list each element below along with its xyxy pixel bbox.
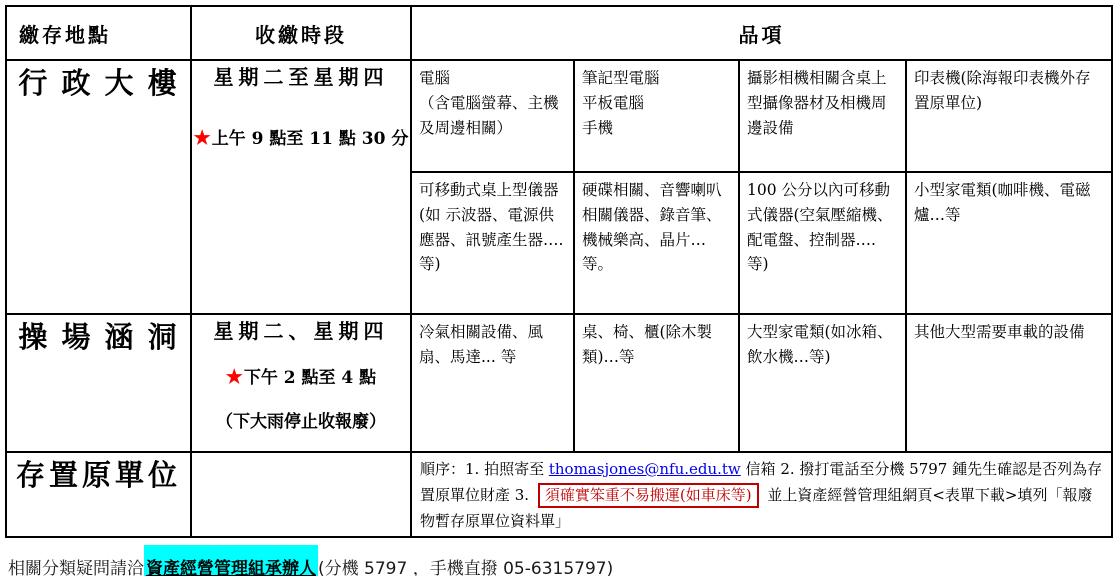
- item-cameras-equipment: 攝影相機相關含桌上型攝像器材及相機周邊設備: [739, 60, 906, 172]
- item-laptops-tablets-phones: 筆記型電腦 平板電腦 手機: [574, 60, 739, 172]
- time-playground-culvert: 星期二、星期四 ★下午 2 點至 4 點 （下大雨停止收報廢）: [191, 314, 411, 452]
- item-small-appliances: 小型家電類(咖啡機、電磁爐…等: [906, 172, 1112, 314]
- item-100cm-movable-instruments: 100 公分以內可移動式儀器(空氣壓縮機、配電盤、控制器…. 等): [739, 172, 906, 314]
- item-printers: 印表機(除海報印表機外存置原單位): [906, 60, 1112, 172]
- item-large-vehicle-equipment: 其他大型需要車載的設備: [906, 314, 1112, 452]
- admin-hours: 上午 9 點至 11 點 30 分: [212, 129, 409, 149]
- item-aircon-fans-motors: 冷氣相關設備、風扇、馬達... 等: [411, 314, 574, 452]
- admin-time-block: 星期二至星期四 ★上午 9 點至 11 點 30 分: [192, 61, 410, 149]
- culvert-time-block: 星期二、星期四 ★下午 2 點至 4 點 （下大雨停止收報廢）: [192, 315, 410, 432]
- original-unit-label: 存置原單位: [16, 458, 181, 492]
- waste-collection-schedule-document: 繳存地點 收繳時段 品項 行 政 大 樓 星期二至星期四 ★上午 9 點至 11…: [0, 0, 1116, 576]
- original-unit-time-empty-cell: [191, 452, 411, 537]
- admin-hours-line: ★上午 9 點至 11 點 30 分: [194, 124, 409, 149]
- location-original-unit: 存置原單位: [6, 452, 191, 537]
- header-items: 品項: [411, 6, 1112, 60]
- playground-culvert-row: 操 場 涵 洞 星期二、星期四 ★下午 2 點至 4 點 （下大雨停止收報廢） …: [6, 314, 1112, 452]
- asset-management-contact-highlight: 資產經營管理組承辦人: [144, 545, 318, 576]
- location-admin-building: 行 政 大 樓: [6, 60, 191, 314]
- header-collection-time: 收繳時段: [191, 6, 411, 60]
- footer-contact-line: 相關分類疑問請洽資產經營管理組承辦人(分機 5797 ，手機直撥 05-6315…: [8, 545, 1111, 576]
- header-deposit-location: 繳存地點: [6, 6, 191, 60]
- admin-days: 星期二至星期四: [214, 61, 389, 90]
- item-large-appliances: 大型家電類(如冰箱、飲水機…等): [739, 314, 906, 452]
- red-star-icon: ★: [194, 127, 211, 149]
- time-admin-building: 星期二至星期四 ★上午 9 點至 11 點 30 分: [191, 60, 411, 314]
- item-desks-chairs-cabinets: 桌、椅、櫃(除木製類)…等: [574, 314, 739, 452]
- footer-prefix: 相關分類疑問請洽: [8, 559, 144, 576]
- red-star-icon: ★: [226, 366, 243, 388]
- location-playground-culvert: 操 場 涵 洞: [6, 314, 191, 452]
- item-movable-desktop-instruments: 可移動式桌上型儀器(如 示波器、電源供應器、訊號產生器…. 等): [411, 172, 574, 314]
- culvert-rain-note: （下大雨停止收報廢）: [216, 407, 386, 432]
- procedure-step1-text: 順序：1. 拍照寄至: [420, 460, 549, 478]
- heavy-equipment-warning-box: 須確實笨重不易搬運(如車床等): [538, 483, 759, 508]
- culvert-hours: 下午 2 點至 4 點: [244, 368, 376, 388]
- original-unit-row: 存置原單位 順序：1. 拍照寄至 thomasjones@nfu.edu.tw …: [6, 452, 1112, 537]
- procedure-cell: 順序：1. 拍照寄至 thomasjones@nfu.edu.tw 信箱 2. …: [411, 452, 1112, 537]
- contact-email-link[interactable]: thomasjones@nfu.edu.tw: [549, 460, 741, 478]
- admin-building-row-1: 行 政 大 樓 星期二至星期四 ★上午 9 點至 11 點 30 分 電腦 （含…: [6, 60, 1112, 172]
- collection-schedule-table: 繳存地點 收繳時段 品項 行 政 大 樓 星期二至星期四 ★上午 9 點至 11…: [5, 5, 1113, 538]
- table-header-row: 繳存地點 收繳時段 品項: [6, 6, 1112, 60]
- item-computers: 電腦 （含電腦螢幕、主機及周邊相關）: [411, 60, 574, 172]
- culvert-hours-line: ★下午 2 點至 4 點: [226, 363, 376, 388]
- item-harddrives-audio: 硬碟相關、音響喇叭相關儀器、錄音筆、機械樂高、晶片…等。: [574, 172, 739, 314]
- culvert-days: 星期二、星期四: [214, 315, 389, 344]
- footer-phone-info: (分機 5797 ，手機直撥 05-6315797): [318, 559, 613, 576]
